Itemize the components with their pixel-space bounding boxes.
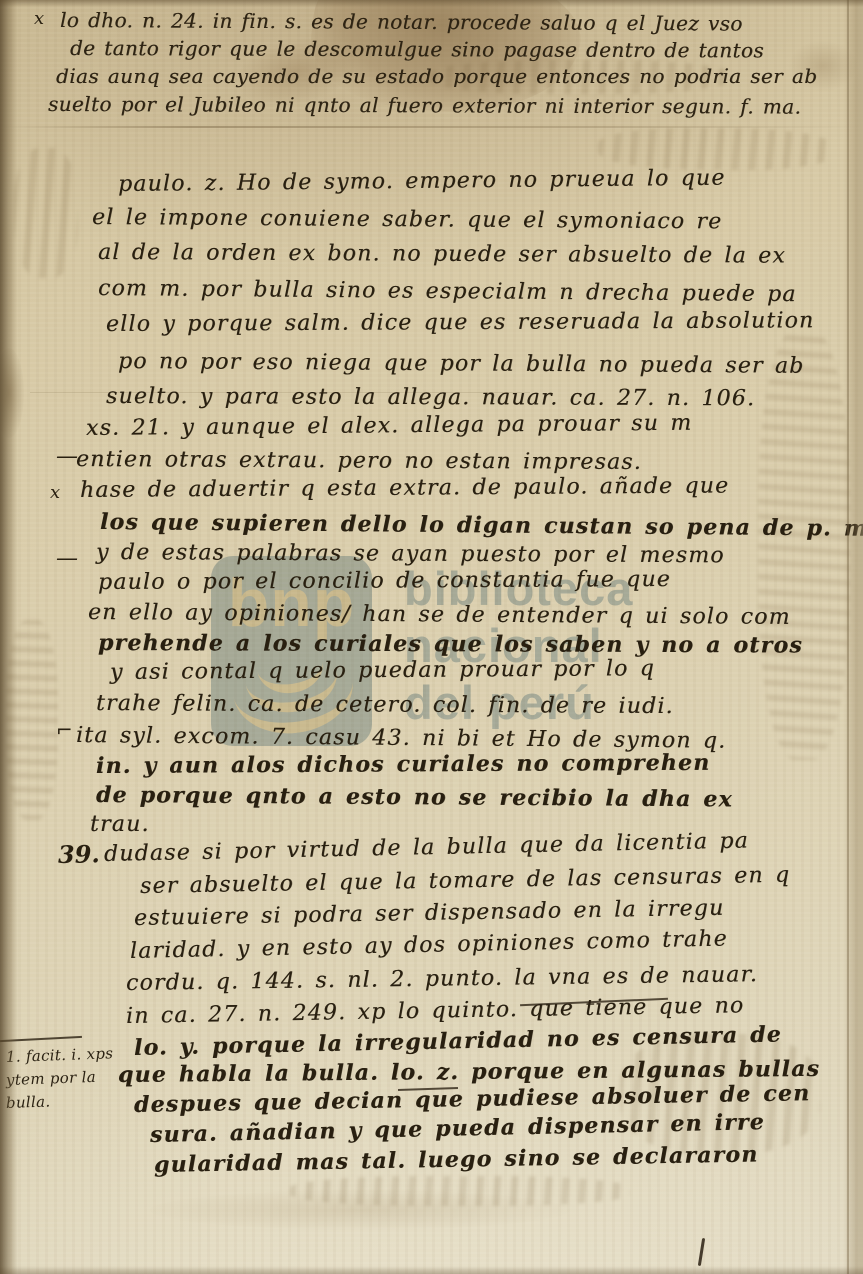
block-a-line-3: dias aunq sea cayendo de su estado porqu… [56,64,817,88]
block-b-line-10: hase de aduertir q esta extra. de paulo.… [80,473,729,503]
block-b-line-20: de porque qnto a esto no se recibio la d… [96,782,733,812]
margin-cross-1: x [34,8,44,29]
block-b-line-19: in. y aun alos dichos curiales no compre… [96,750,711,779]
page-edge-bottom [0,1266,863,1274]
margin-note-line-2: ytem por la [6,1068,97,1089]
block-b-line-18: ita syl. excom. 7. casu 43. ni bi et Ho … [76,723,727,754]
block-b-line-17: trahe felin. ca. de cetero. col. fin. de… [96,691,674,719]
block-c-line-1: dudase si por virtud de la bulla que da … [104,828,749,867]
block-b-line-5: ello y porque salm. dice que es reseruad… [106,308,815,337]
block-b-line-15: prehende a los curiales que los saben y … [98,630,803,658]
block-c-line-7: lo. y. porque la irregularidad no es cen… [134,1021,782,1061]
block-a-line-1: lo dho. n. 24. in fin. s. es de notar. p… [60,8,743,36]
block-a-line-4: suelto por el Jubileo ni qnto al fuero e… [48,92,801,119]
block-b-line-16: y asi contal q uelo puedan prouar por lo… [110,656,655,685]
margin-dash-2: — [56,546,78,571]
page-edge-right [843,0,863,1274]
block-b-line-13: paulo o por el concilio de constantia fu… [98,567,671,595]
block-b-line-4: com m. por bulla sino es especialm n dre… [98,276,797,307]
manuscript-page: bnp bibliotecanacionaldel perú lo dho. n… [0,0,863,1274]
block-c-line-5: cordu. q. 144. s. nl. 2. punto. la vna e… [126,962,758,996]
margin-dash-1: — [56,444,78,469]
block-b-line-2: el le impone conuiene saber. que el symo… [92,205,723,234]
margin-note-line-1: 1. facit. i. xps [6,1044,114,1066]
block-c-line-11: gularidad mas tal. luego sino se declara… [154,1141,759,1178]
block-a-line-2: de tanto rigor que le descomulgue sino p… [70,36,764,62]
block-b-line-6: po no por eso niega que por la bulla no … [118,349,805,379]
block-b-line-12: y de estas palabras se ayan puesto por e… [96,540,725,568]
block-b-line-3: al de la orden ex bon. no puede ser absu… [98,240,786,269]
block-c-line-4: laridad. y en esto ay dos opiniones como… [130,926,728,964]
margin-cross-2: x [50,482,60,503]
binding-edge-left [0,0,18,1274]
block-b-line-8: xs. 21. y aunque el alex. allega pa prou… [86,411,693,441]
page-edge-top [0,0,863,7]
block-b-line-14: en ello ay opiniones/ han se de entender… [88,600,791,630]
block-b-line-9: entien otras extrau. pero no estan impre… [76,447,642,475]
manuscript-text: lo dho. n. 24. in fin. s. es de notar. p… [0,0,863,1274]
block-b-line-7: suelto. y para esto la allega. nauar. ca… [106,384,755,411]
block-b-line-21: trau. [90,812,150,837]
page-edge-line [847,0,849,1274]
block-c-line-3: estuuiere si podra ser dispensado en la … [134,896,725,931]
block-b-line-1: paulo. z. Ho de symo. empero no prueua l… [118,166,726,197]
block-b-line-11: los que supieren dello lo digan custan s… [100,509,863,542]
block-c-line-2: ser absuelto el que la tomare de las cen… [140,863,791,899]
margin-corner-mark: ⌐ [56,718,73,742]
section-number: 39. [58,839,100,869]
